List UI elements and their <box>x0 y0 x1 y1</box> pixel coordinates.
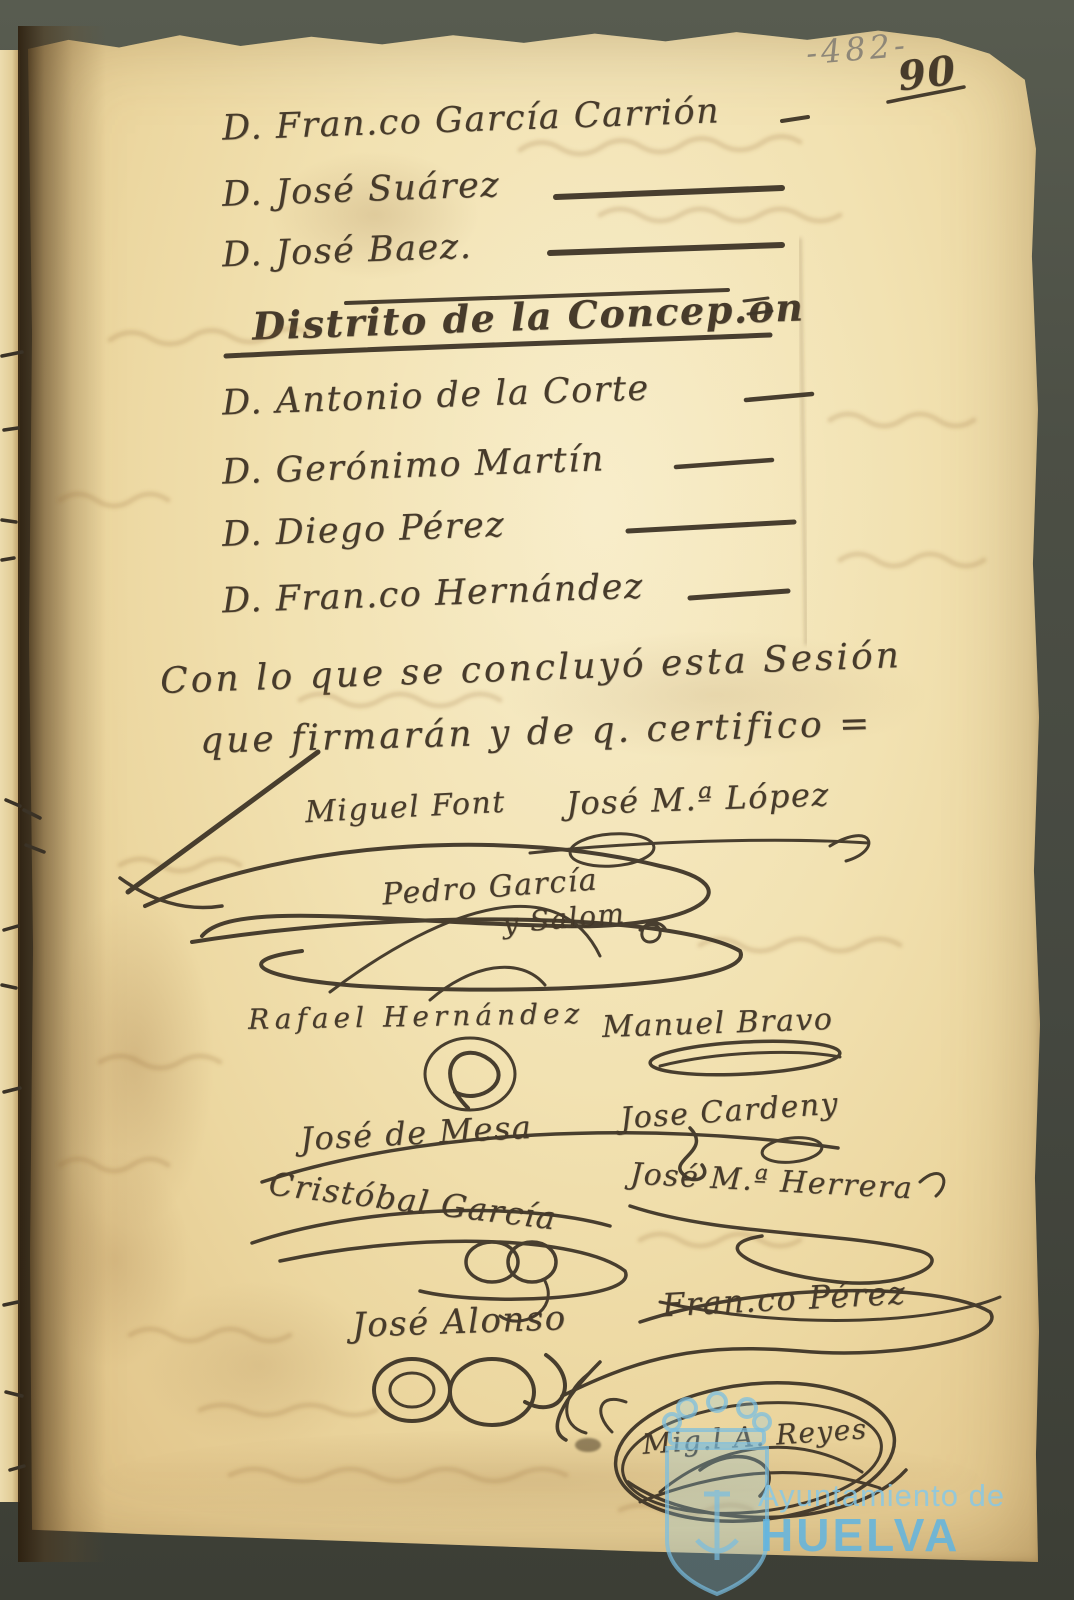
adjacent-page-edge <box>0 50 20 1502</box>
signature: Rafael Hernández <box>248 997 585 1036</box>
watermark-city-line: HUELVA <box>760 1508 960 1562</box>
binding-gutter-shadow <box>18 26 106 1562</box>
page-number: 90 <box>895 47 959 101</box>
manuscript-scan: -482- 90 D. Fran.co García Carrión D. Jo… <box>0 0 1074 1600</box>
signature: José Alonso <box>351 1298 567 1345</box>
